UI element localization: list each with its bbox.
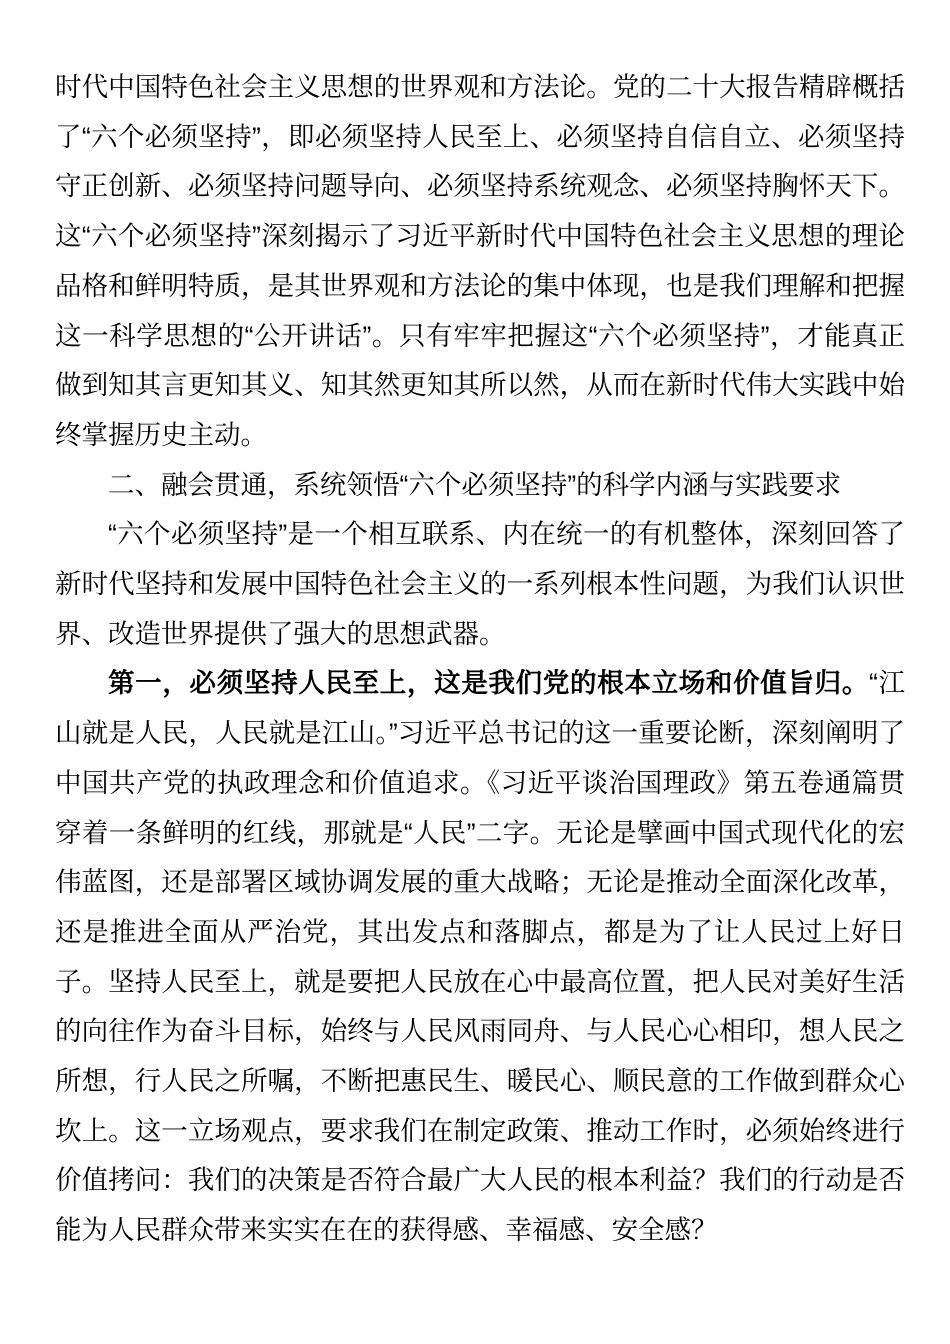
bold-lead-sentence: 第一，必须坚持人民至上，这是我们党的根本立场和价值旨归。 bbox=[108, 668, 869, 698]
paragraph-continuation: 时代中国特色社会主义思想的世界观和方法论。党的二十大报告精辟概括了“六个必须坚持… bbox=[55, 63, 905, 461]
text-run: 二、融会贯通，系统领悟“六个必须坚持”的科学内涵与实践要求 bbox=[108, 470, 841, 500]
document-body: 时代中国特色社会主义思想的世界观和方法论。党的二十大报告精辟概括了“六个必须坚持… bbox=[55, 63, 905, 1256]
paragraph-overview: “六个必须坚持”是一个相互联系、内在统一的有机整体，深刻回答了新时代坚持和发展中… bbox=[55, 510, 905, 659]
document-page: 时代中国特色社会主义思想的世界观和方法论。党的二十大报告精辟概括了“六个必须坚持… bbox=[0, 0, 950, 1344]
text-run: “江山就是人民，人民就是江山。”习近平总书记的这一重要论断，深刻阐明了中国共产党… bbox=[55, 668, 905, 1245]
paragraph-first-point: 第一，必须坚持人民至上，这是我们党的根本立场和价值旨归。“江山就是人民，人民就是… bbox=[55, 659, 905, 1255]
text-run: 时代中国特色社会主义思想的世界观和方法论。党的二十大报告精辟概括了“六个必须坚持… bbox=[55, 72, 905, 450]
section-heading: 二、融会贯通，系统领悟“六个必须坚持”的科学内涵与实践要求 bbox=[55, 461, 905, 511]
text-run: “六个必须坚持”是一个相互联系、内在统一的有机整体，深刻回答了新时代坚持和发展中… bbox=[55, 519, 905, 648]
